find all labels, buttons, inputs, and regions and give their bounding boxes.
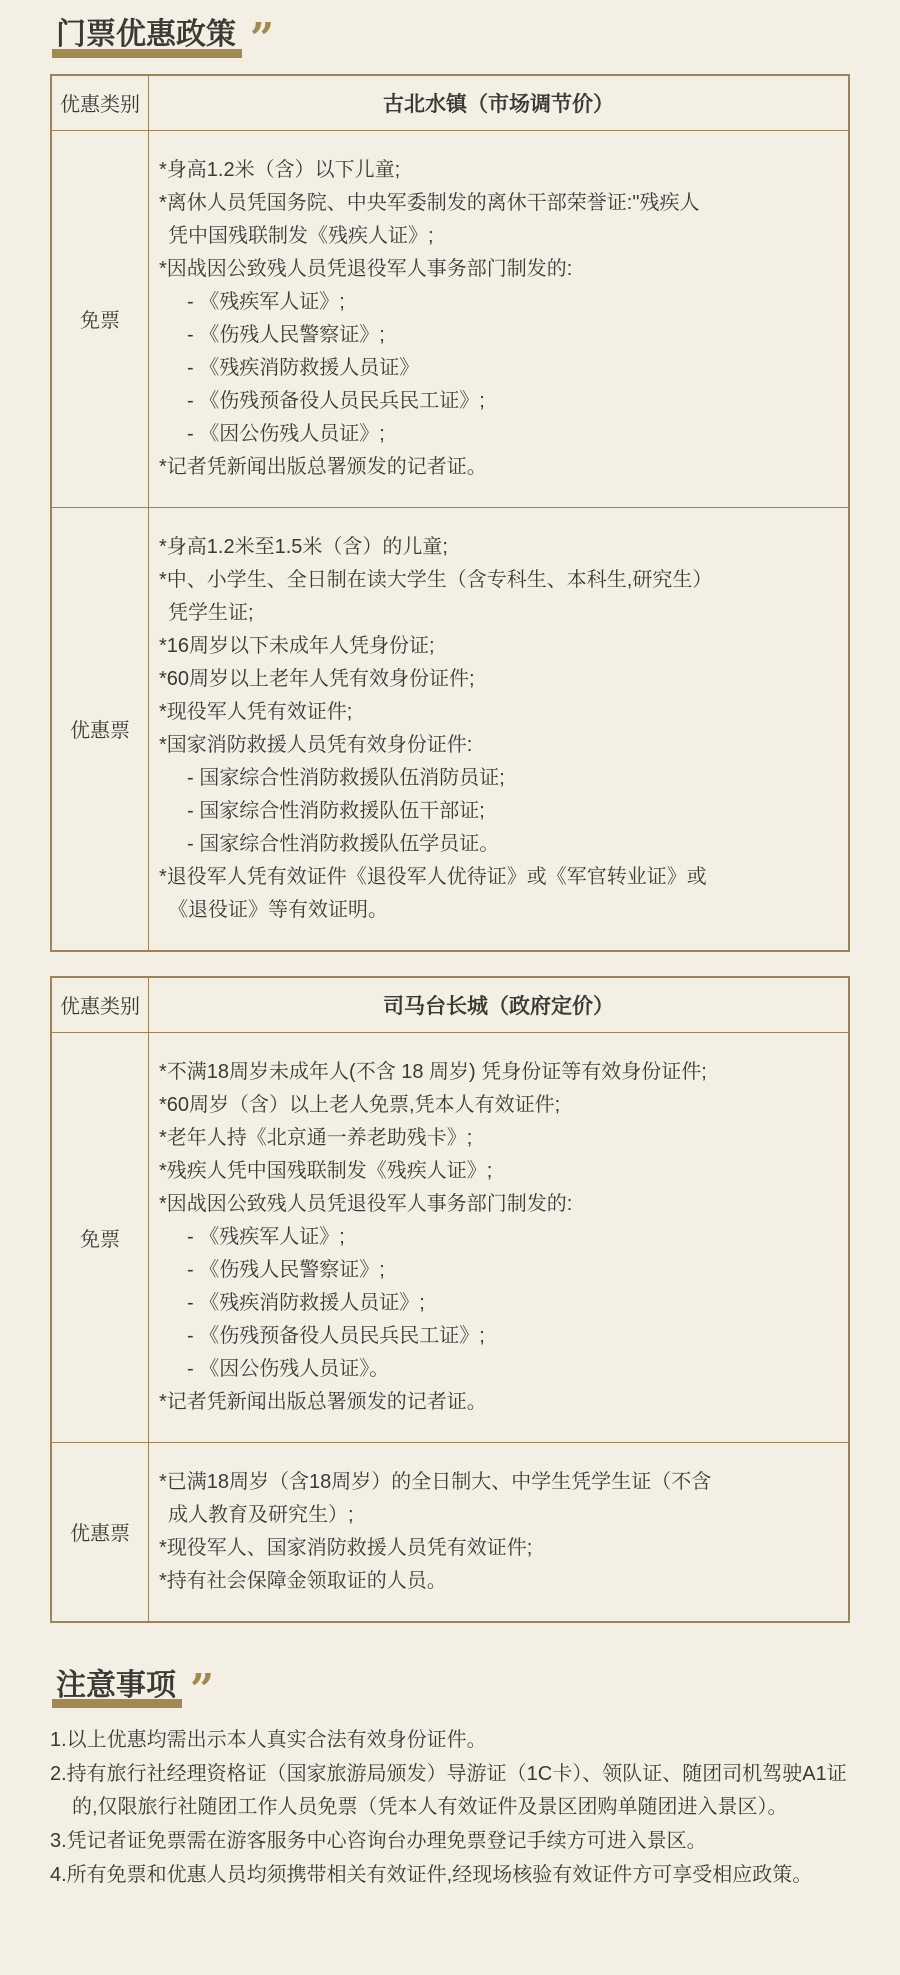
policy-line: - 《因公伤残人员证》。 [187, 1353, 834, 1386]
notes-list: 1.以上优惠均需出示本人真实合法有效身份证件。2.持有旅行社经理资格证（国家旅游… [50, 1724, 852, 1892]
policy-line: *身高1.2米（含）以下儿童; [159, 154, 834, 187]
discount-tables: 优惠类别古北水镇（市场调节价）免票*身高1.2米（含）以下儿童;*离休人员凭国务… [50, 74, 852, 1623]
category-header-cell: 优惠类别 [51, 75, 149, 131]
policy-line: *退役军人凭有效证件《退役军人优待证》或《军官转业证》或 [159, 861, 834, 894]
policy-line: 凭中国残联制发《残疾人证》; [168, 220, 834, 253]
row-category-cell: 优惠票 [51, 507, 149, 951]
policy-line: *不满18周岁未成年人(不含 18 周岁) 凭身份证等有效身份证件; [159, 1056, 834, 1089]
policy-line: 成人教育及研究生）; [168, 1499, 834, 1532]
row-policy-cell: *身高1.2米（含）以下儿童;*离休人员凭国务院、中央军委制发的离休干部荣誉证:… [149, 130, 850, 507]
policy-line: - 《残疾军人证》; [187, 286, 834, 319]
policy-line: 凭学生证; [168, 597, 834, 630]
row-policy-cell: *已满18周岁（含18周岁）的全日制大、中学生凭学生证（不含成人教育及研究生）;… [149, 1442, 850, 1622]
policy-line: *现役军人凭有效证件; [159, 696, 834, 729]
policy-line: *中、小学生、全日制在读大学生（含专科生、本科生,研究生） [159, 564, 834, 597]
quote-icon: ” [190, 1679, 214, 1700]
policy-line: - 国家综合性消防救援队伍干部证; [187, 795, 834, 828]
category-header-cell: 优惠类别 [51, 977, 149, 1033]
policy-line: - 《伤残预备役人员民兵民工证》; [187, 1320, 834, 1353]
venue-header-cell: 司马台长城（政府定价） [149, 977, 850, 1033]
notes-title: 注意事项 [52, 1669, 182, 1709]
row-category-cell: 优惠票 [51, 1442, 149, 1622]
section-title-ticket-policy: 门票优惠政策” [52, 18, 852, 58]
discount-table-2: 优惠类别司马台长城（政府定价）免票*不满18周岁未成年人(不含 18 周岁) 凭… [50, 976, 850, 1623]
policy-line: *离休人员凭国务院、中央军委制发的离休干部荣誉证:"残疾人 [159, 187, 834, 220]
note-item: 4.所有免票和优惠人员均须携带相关有效证件,经现场核验有效证件方可享受相应政策。 [50, 1859, 852, 1892]
policy-line: *国家消防救援人员凭有效身份证件: [159, 729, 834, 762]
row-policy-cell: *不满18周岁未成年人(不含 18 周岁) 凭身份证等有效身份证件;*60周岁（… [149, 1032, 850, 1442]
row-category-cell: 免票 [51, 1032, 149, 1442]
policy-line: *60周岁（含）以上老人免票,凭本人有效证件; [159, 1089, 834, 1122]
policy-line: - 国家综合性消防救援队伍消防员证; [187, 762, 834, 795]
section-title-notes: 注意事项” [52, 1669, 852, 1709]
policy-line: - 《伤残预备役人员民兵民工证》; [187, 385, 834, 418]
policy-line: *残疾人凭中国残联制发《残疾人证》; [159, 1155, 834, 1188]
note-item: 1.以上优惠均需出示本人真实合法有效身份证件。 [50, 1724, 852, 1757]
policy-line: - 《残疾消防救援人员证》; [187, 1287, 834, 1320]
quote-icon: ” [250, 28, 274, 49]
policy-line: - 《残疾消防救援人员证》 [187, 352, 834, 385]
venue-header-cell: 古北水镇（市场调节价） [149, 75, 850, 131]
policy-line: *16周岁以下未成年人凭身份证; [159, 630, 834, 663]
table-row: 免票*身高1.2米（含）以下儿童;*离休人员凭国务院、中央军委制发的离休干部荣誉… [51, 130, 849, 507]
policy-line: *现役军人、国家消防救援人员凭有效证件; [159, 1532, 834, 1565]
policy-line: *记者凭新闻出版总署颁发的记者证。 [159, 1386, 834, 1419]
policy-line: - 《残疾军人证》; [187, 1221, 834, 1254]
policy-line: *老年人持《北京通一养老助残卡》; [159, 1122, 834, 1155]
row-policy-cell: *身高1.2米至1.5米（含）的儿童;*中、小学生、全日制在读大学生（含专科生、… [149, 507, 850, 951]
policy-line: 《退役证》等有效证明。 [168, 894, 834, 927]
policy-line: *因战因公致残人员凭退役军人事务部门制发的: [159, 1188, 834, 1221]
policy-line: *已满18周岁（含18周岁）的全日制大、中学生凭学生证（不含 [159, 1466, 834, 1499]
table-header-row: 优惠类别司马台长城（政府定价） [51, 977, 849, 1033]
policy-line: *身高1.2米至1.5米（含）的儿童; [159, 531, 834, 564]
note-item: 3.凭记者证免票需在游客服务中心咨询台办理免票登记手续方可进入景区。 [50, 1825, 852, 1858]
discount-table-1: 优惠类别古北水镇（市场调节价）免票*身高1.2米（含）以下儿童;*离休人员凭国务… [50, 74, 850, 952]
policy-line: *因战因公致残人员凭退役军人事务部门制发的: [159, 253, 834, 286]
note-item: 2.持有旅行社经理资格证（国家旅游局颁发）导游证（1C卡）、领队证、随团司机驾驶… [50, 1758, 852, 1824]
policy-line: *60周岁以上老年人凭有效身份证件; [159, 663, 834, 696]
policy-line: *持有社会保障金领取证的人员。 [159, 1565, 834, 1598]
ticket-policy-title: 门票优惠政策 [52, 18, 242, 58]
table-header-row: 优惠类别古北水镇（市场调节价） [51, 75, 849, 131]
policy-line: - 《伤残人民警察证》; [187, 319, 834, 352]
policy-line: *记者凭新闻出版总署颁发的记者证。 [159, 451, 834, 484]
table-row: 优惠票*身高1.2米至1.5米（含）的儿童;*中、小学生、全日制在读大学生（含专… [51, 507, 849, 951]
page: 门票优惠政策” 优惠类别古北水镇（市场调节价）免票*身高1.2米（含）以下儿童;… [0, 0, 900, 1939]
policy-line: - 国家综合性消防救援队伍学员证。 [187, 828, 834, 861]
policy-line: - 《伤残人民警察证》; [187, 1254, 834, 1287]
table-row: 免票*不满18周岁未成年人(不含 18 周岁) 凭身份证等有效身份证件;*60周… [51, 1032, 849, 1442]
row-category-cell: 免票 [51, 130, 149, 507]
table-row: 优惠票*已满18周岁（含18周岁）的全日制大、中学生凭学生证（不含成人教育及研究… [51, 1442, 849, 1622]
policy-line: - 《因公伤残人员证》; [187, 418, 834, 451]
